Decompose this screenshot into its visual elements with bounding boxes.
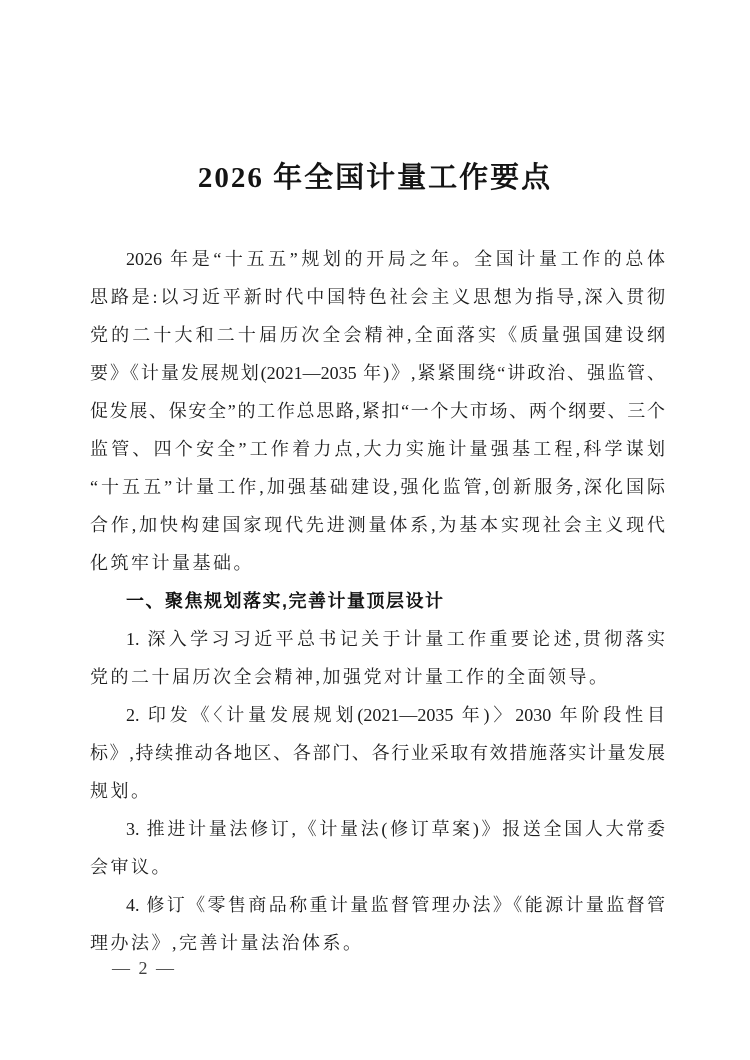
paragraph-line: 规划。 bbox=[90, 772, 665, 810]
paragraph-line: 2026 年是“十五五”规划的开局之年。全国计量工作的总体 bbox=[90, 240, 665, 278]
document-title: 2026 年全国计量工作要点 bbox=[0, 156, 750, 200]
paragraph-line: 3. 推进计量法修订,《计量法(修订草案)》报送全国人大常委 bbox=[90, 810, 665, 848]
paragraph-line: 2. 印发《〈计量发展规划(2021—2035 年)〉2030 年阶段性目 bbox=[90, 696, 665, 734]
page-number: — 2 — bbox=[112, 953, 176, 983]
paragraph-line: 1. 深入学习习近平总书记关于计量工作重要论述,贯彻落实 bbox=[90, 620, 665, 658]
paragraph-line: 要》《计量发展规划(2021—2035 年)》,紧紧围绕“讲政治、强监管、 bbox=[90, 354, 665, 392]
paragraph-line: 标》,持续推动各地区、各部门、各行业采取有效措施落实计量发展 bbox=[90, 734, 665, 772]
paragraph-line: 思路是:以习近平新时代中国特色社会主义思想为指导,深入贯彻 bbox=[90, 278, 665, 316]
paragraph-line: 会审议。 bbox=[90, 848, 665, 886]
paragraph-line: 促发展、保安全”的工作总思路,紧扣“一个大市场、两个纲要、三个 bbox=[90, 392, 665, 430]
paragraph-line: 监管、四个安全”工作着力点,大力实施计量强基工程,科学谋划 bbox=[90, 430, 665, 468]
document-page: 2026 年全国计量工作要点 2026 年是“十五五”规划的开局之年。全国计量工… bbox=[0, 0, 750, 1060]
paragraph-line: 化筑牢计量基础。 bbox=[90, 544, 665, 582]
paragraph-line: 理办法》,完善计量法治体系。 bbox=[90, 924, 665, 962]
paragraph-line: 党的二十大和二十届历次全会精神,全面落实《质量强国建设纲 bbox=[90, 316, 665, 354]
paragraph-line: 党的二十届历次全会精神,加强党对计量工作的全面领导。 bbox=[90, 658, 665, 696]
paragraph-line: “十五五”计量工作,加强基础建设,强化监管,创新服务,深化国际 bbox=[90, 468, 665, 506]
paragraph-line: 合作,加快构建国家现代先进测量体系,为基本实现社会主义现代 bbox=[90, 506, 665, 544]
paragraph-line: 4. 修订《零售商品称重计量监督管理办法》《能源计量监督管 bbox=[90, 886, 665, 924]
document-body: 2026 年是“十五五”规划的开局之年。全国计量工作的总体思路是:以习近平新时代… bbox=[90, 240, 665, 962]
section-heading: 一、聚焦规划落实,完善计量顶层设计 bbox=[90, 582, 665, 620]
